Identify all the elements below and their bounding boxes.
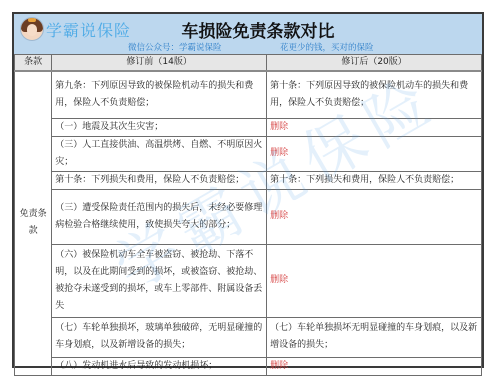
table-row: （六）被保险机动车全车被盗窃、被抢劫、下落不明，以及在此期间受到的损坏，或被盗窃… — [15, 244, 482, 317]
table-row: 免责条款 第九条：下列原因导致的被保险机动车的损失和费用，保险人不负责赔偿； 第… — [15, 71, 482, 118]
before-cell: （七）车轮单独损坏，玻璃单独破碎，无明显碰撞的车身划痕，以及新增设备的损失； — [52, 317, 267, 357]
wechat-account-label: 微信公众号：学霸说保险 — [128, 41, 222, 53]
after-cell-deleted: 删除 — [267, 244, 482, 317]
before-cell: 第十条：下列损失和费用，保险人不负责赔偿； — [52, 171, 267, 189]
table-row: （三）人工直接供油、高温烘烤、自燃、不明原因火灾； 删除 — [15, 136, 482, 171]
after-cell-deleted: 删除 — [267, 136, 482, 171]
slogan: 花更少的钱，买对的保险 — [280, 41, 374, 53]
page-title: 车损险免责条款对比 — [14, 17, 482, 42]
column-header-row: 条款 修订前（14版） 修订后（20版） — [15, 55, 482, 72]
before-cell: （三）人工直接供油、高温烘烤、自燃、不明原因火灾； — [52, 136, 267, 171]
before-cell: 第九条：下列原因导致的被保险机动车的损失和费用，保险人不负责赔偿； — [52, 71, 267, 118]
after-cell-deleted: 删除 — [267, 357, 482, 375]
before-cell: （八）发动机进水后导致的发动机损坏； — [52, 357, 267, 375]
column-header-after: 修订后（20版） — [267, 55, 482, 72]
column-header-before: 修订前（14版） — [52, 55, 267, 72]
column-header-clause: 条款 — [15, 55, 52, 72]
after-cell-deleted: 删除 — [267, 118, 482, 136]
table-row: （八）发动机进水后导致的发动机损坏； 删除 — [15, 357, 482, 375]
after-cell: （七）车轮单独损坏无明显碰撞的车身划痕，以及新增设备的损失； — [267, 317, 482, 357]
before-cell: （六）被保险机动车全车被盗窃、被抢劫、下落不明，以及在此期间受到的损坏，或被盗窃… — [52, 244, 267, 317]
before-cell: （一）地震及其次生灾害； — [52, 118, 267, 136]
table-row: 第十条：下列损失和费用，保险人不负责赔偿； 第十条：下列损失和费用，保险人不负责… — [15, 171, 482, 189]
header-banner: 学霸说保险 车损险免责条款对比 微信公众号：学霸说保险 花更少的钱，买对的保险 — [14, 14, 482, 55]
after-cell-deleted: 删除 — [267, 189, 482, 244]
table-row: （三）遭受保险责任范围内的损失后，未经必要修理病检验合格继续使用，致使损失夸大的… — [15, 189, 482, 244]
table-row: （一）地震及其次生灾害； 删除 — [15, 118, 482, 136]
after-cell: 第十条：下列损失和费用，保险人不负责赔偿； — [267, 171, 482, 189]
clause-category: 免责条款 — [15, 71, 52, 375]
comparison-sheet: 学霸说保险 车损险免责条款对比 微信公众号：学霸说保险 花更少的钱，买对的保险 … — [12, 12, 484, 368]
after-cell: 第十条：下列原因导致的被保险机动车的损失和费用，保险人不负责赔偿； — [267, 71, 482, 118]
before-cell: （三）遭受保险责任范围内的损失后，未经必要修理病检验合格继续使用，致使损失夸大的… — [52, 189, 267, 244]
comparison-table: 条款 修订前（14版） 修订后（20版） 免责条款 第九条：下列原因导致的被保险… — [14, 54, 482, 376]
table-row: （七）车轮单独损坏，玻璃单独破碎，无明显碰撞的车身划痕，以及新增设备的损失； （… — [15, 317, 482, 357]
